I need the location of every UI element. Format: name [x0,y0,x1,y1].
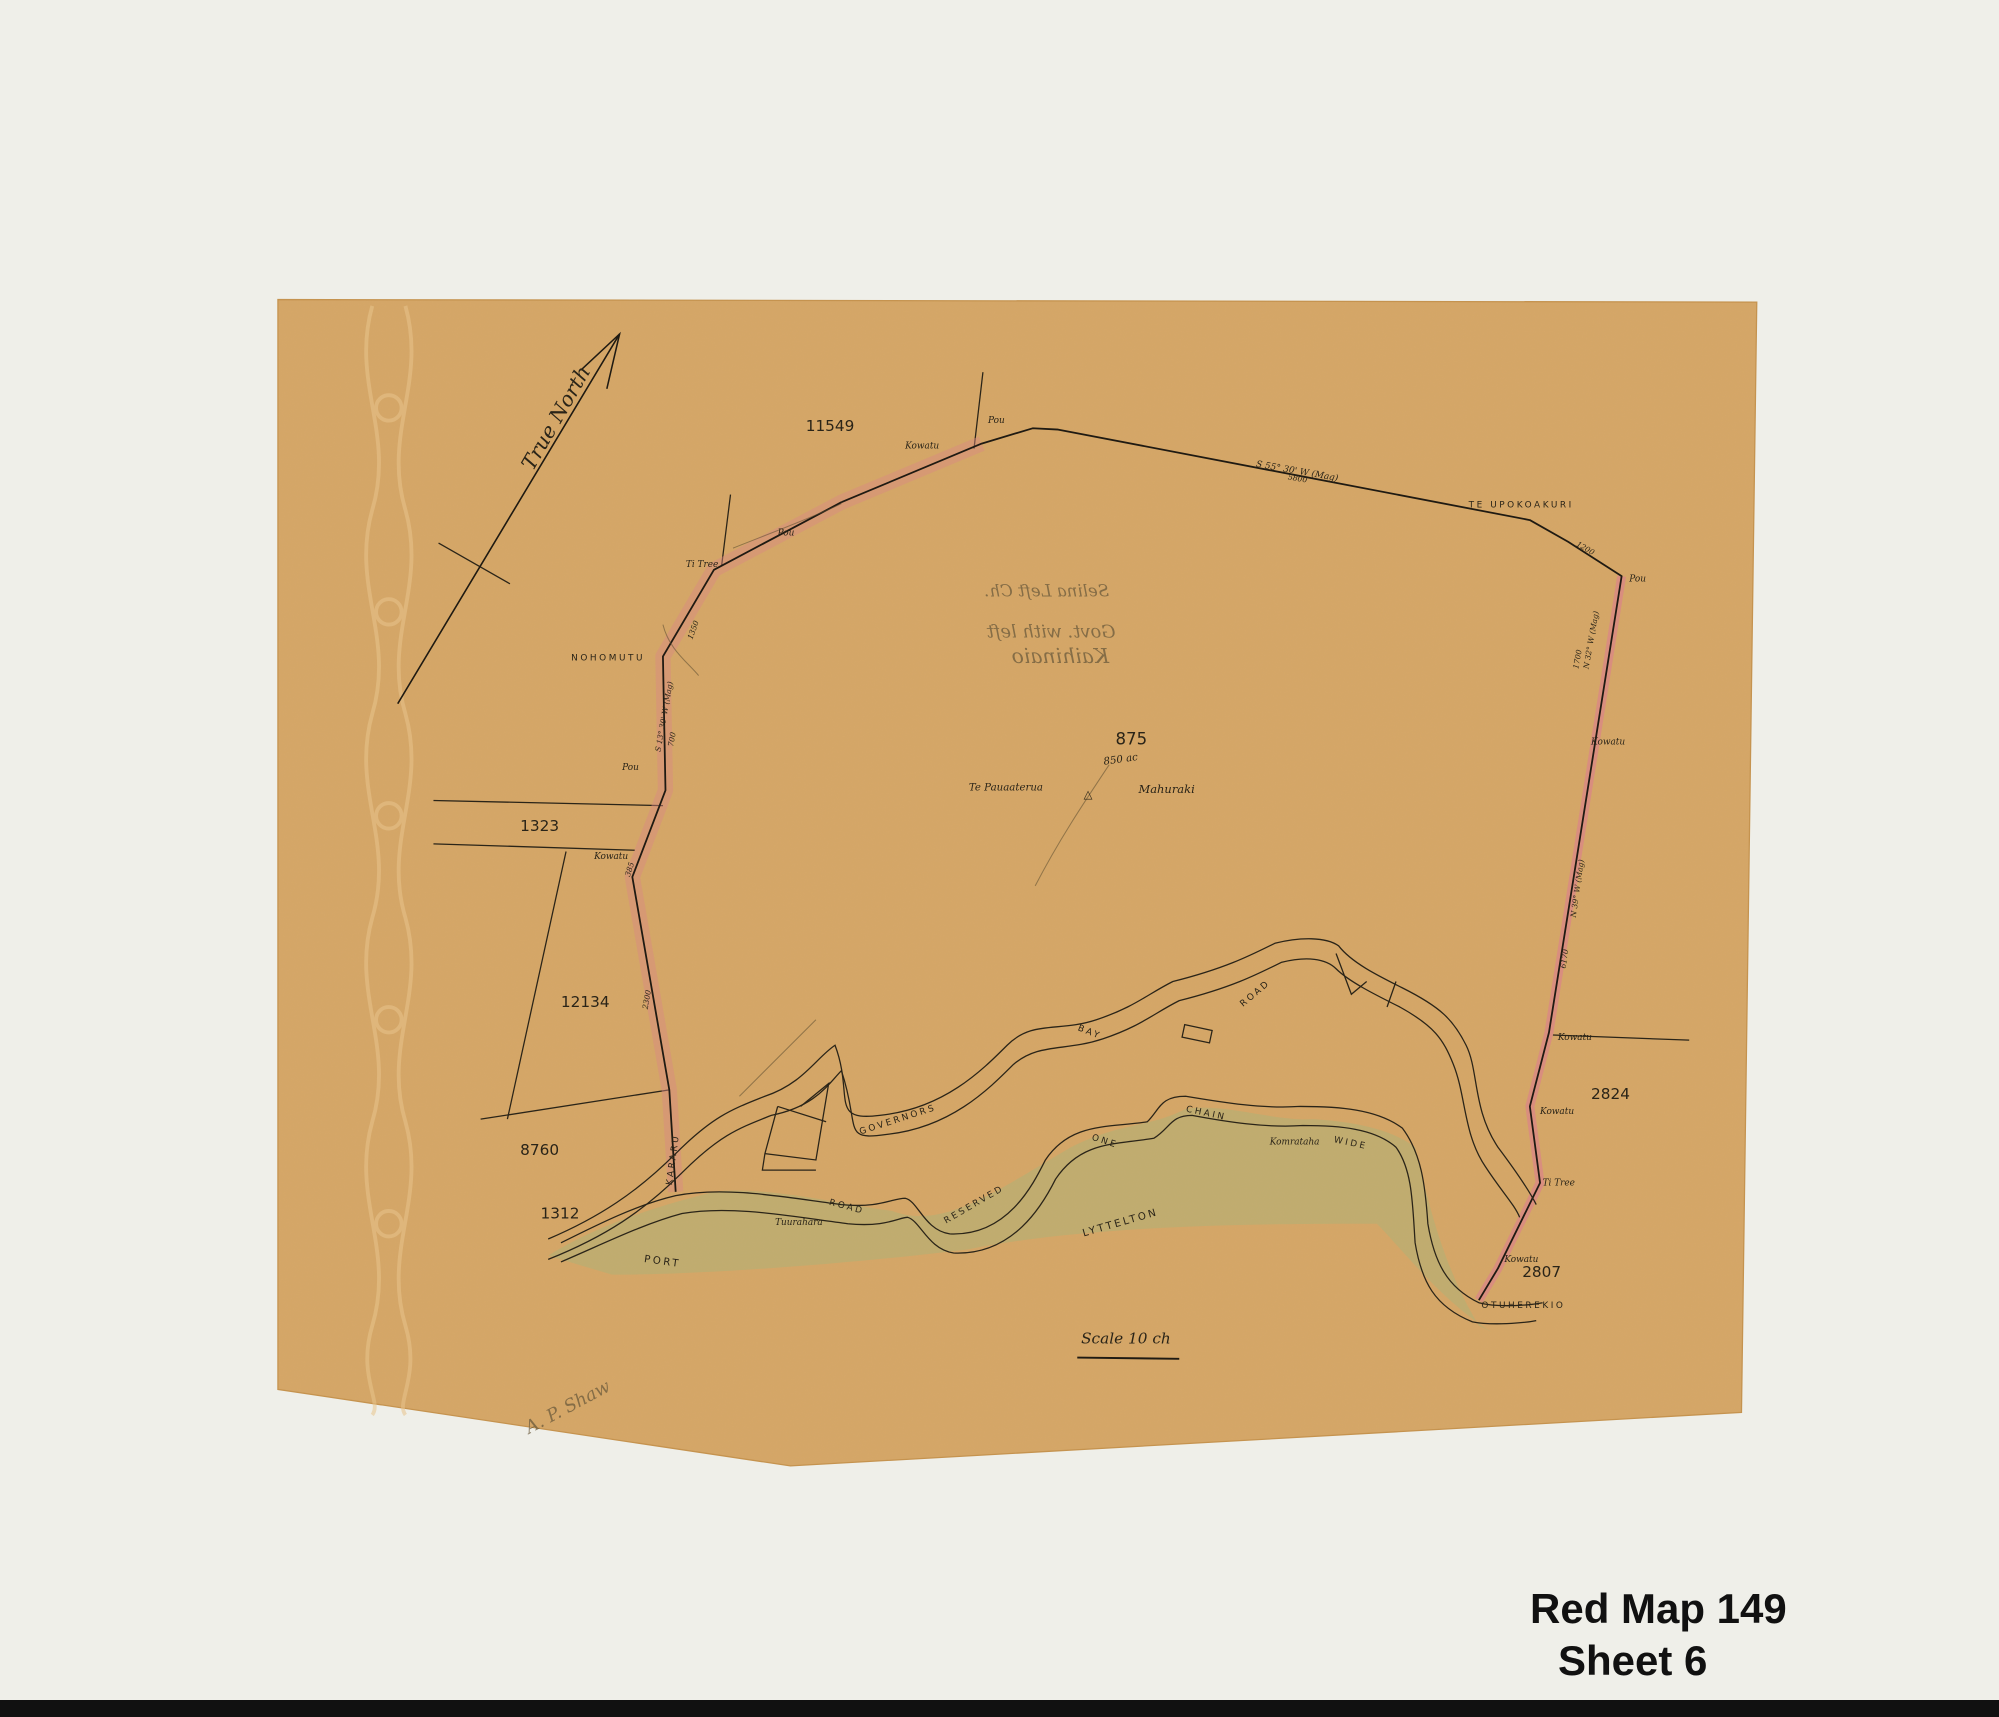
catalog-label-line1: Red Map 149 [1530,1588,1787,1630]
marker-kowatu-e3: Kowatu [1539,1107,1574,1117]
scale-label: Scale 10 ch [1081,1330,1171,1348]
place-mahuraki: Mahuraki [1137,782,1195,796]
place-komrataha: Komrataha [1269,1138,1320,1148]
svg-text:Selina Left Ch.: Selina Left Ch. [984,582,1109,601]
svg-text:Govt. with left: Govt. with left [986,621,1116,642]
block-number-8760: 8760 [520,1141,559,1159]
catalog-label-line2: Sheet 6 [1558,1640,1707,1682]
survey-map: True North 875 850 ac 11549 1323 12134 8… [0,0,1999,1717]
block-number-2824: 2824 [1591,1085,1630,1103]
place-otuherekio: OTUHEREKIO [1481,1301,1565,1311]
trig-triangle-icon: △ [1084,787,1093,801]
svg-text:Kaihinaio: Kaihinaio [1012,644,1111,668]
block-number-2807: 2807 [1522,1263,1561,1281]
marker-pou-w: Pou [621,763,639,773]
marker-kowatu-se: Kowatu [1503,1255,1538,1265]
marker-ti-tree-nw: Ti Tree [686,560,718,570]
place-te-upokoakuri: TE UPOKOAKURI [1468,500,1574,510]
marker-kowatu-w: Kowatu [593,852,628,862]
block-number-11549: 11549 [806,417,855,435]
marker-kowatu-e2: Kowatu [1557,1033,1592,1043]
block-number-12134: 12134 [561,993,610,1011]
place-nohomutu: NOHOMUTU [571,653,645,663]
place-tuurahara: Tuurahara [775,1218,823,1228]
place-te-pauaaterua: Te Pauaaterua [969,782,1043,793]
block-number-1323: 1323 [520,817,559,835]
paper-sheet [278,300,1757,1466]
marker-pou-ne: Pou [1628,574,1646,584]
scale-bar [1077,1358,1179,1359]
marker-kowatu-top: Kowatu [904,442,939,452]
marker-ti-tree-se: Ti Tree [1543,1178,1575,1188]
block-number-main: 875 [1116,729,1148,748]
marker-pou-nw: Pou [777,528,795,538]
marker-pou-top: Pou [987,416,1005,426]
marker-kowatu-e1: Kowatu [1590,737,1625,747]
block-number-1312: 1312 [541,1205,580,1223]
